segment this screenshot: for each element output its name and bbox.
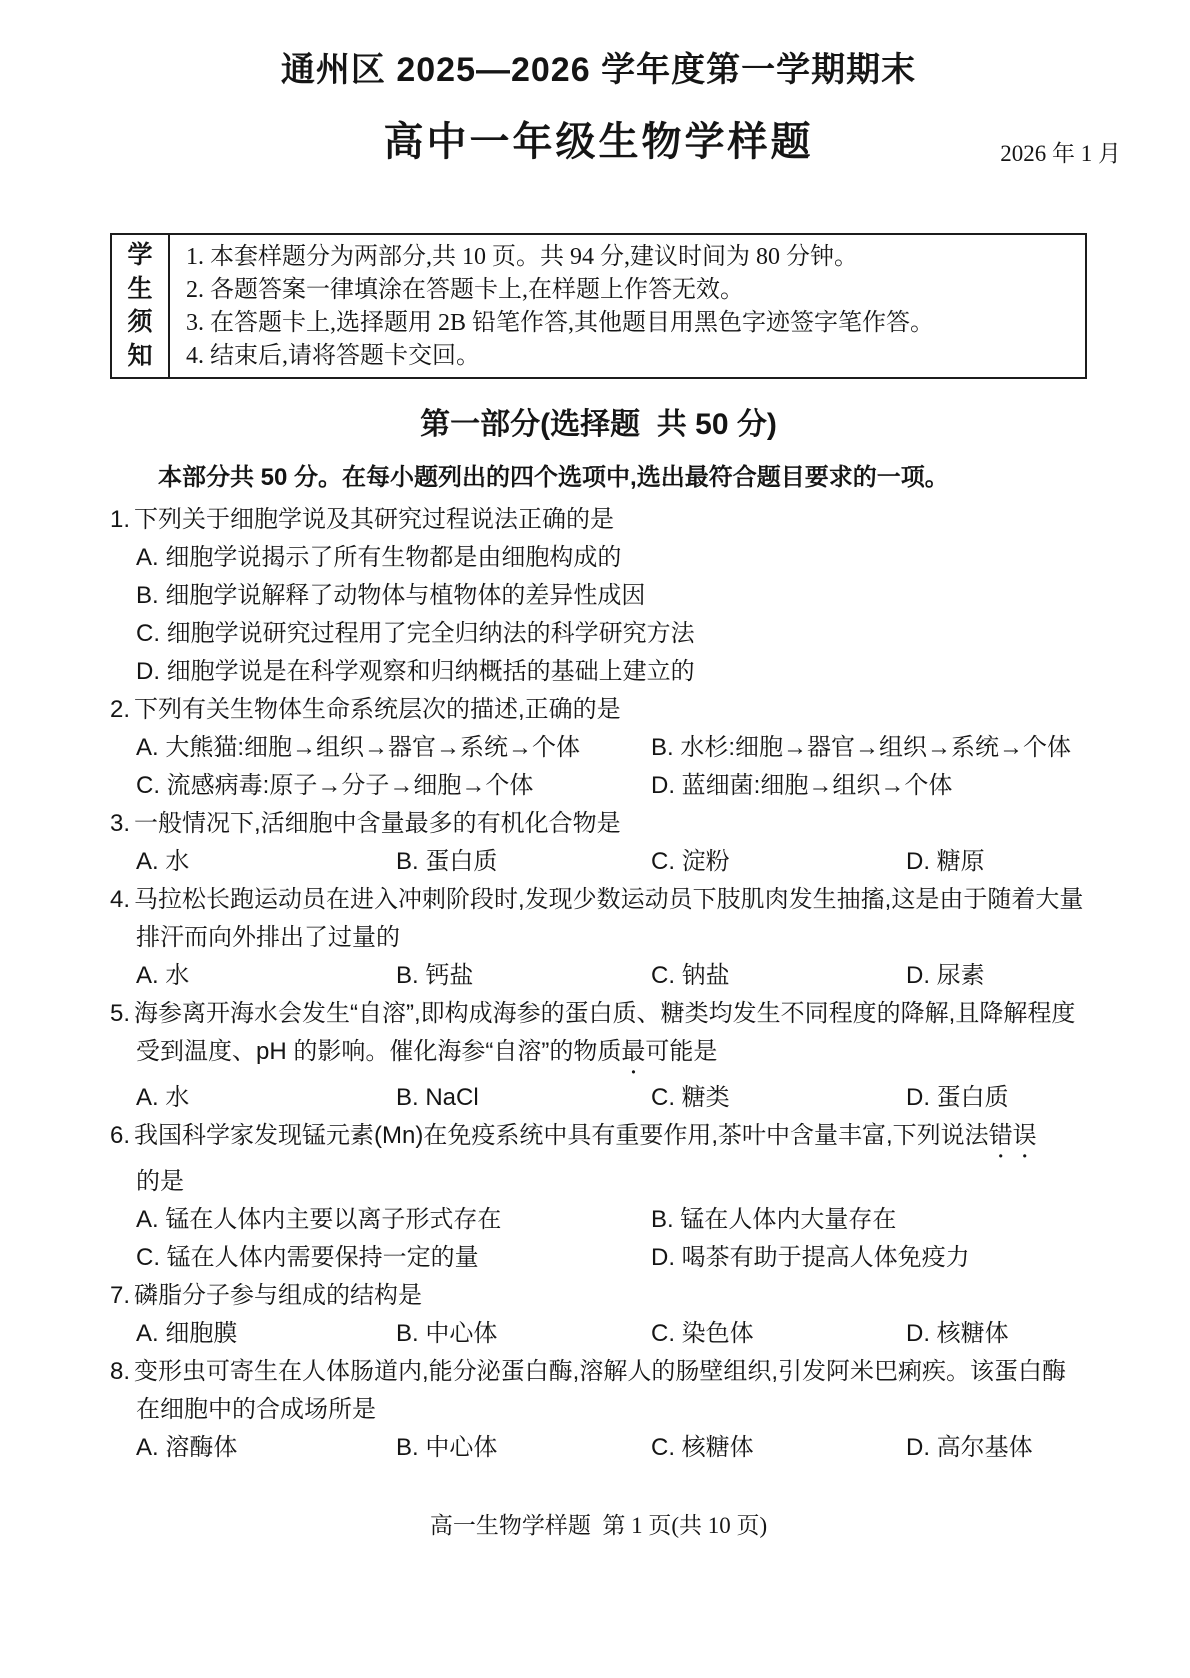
option: B. NaCl <box>396 1079 651 1117</box>
question: 3.一般情况下,活细胞中含量最多的有机化合物是A. 水B. 蛋白质C. 淀粉D.… <box>110 805 1087 881</box>
option: B. 钙盐 <box>396 957 651 995</box>
option: B. 锰在人体内大量存在 <box>651 1201 1087 1239</box>
question: 4.马拉松长跑运动员在进入冲刺阶段时,发现少数运动员下肢肌肉发生抽搐,这是由于随… <box>110 881 1087 995</box>
notice-item-1: 1. 本套样题分为两部分,共 10 页。共 94 分,建议时间为 80 分钟。 <box>186 241 1077 274</box>
question-stem-line: 2.下列有关生物体生命系统层次的描述,正确的是 <box>110 691 1087 729</box>
option: C. 淀粉 <box>651 843 906 881</box>
exam-date: 2026 年 1 月 <box>1000 142 1121 165</box>
option: B. 中心体 <box>396 1315 651 1353</box>
options-row: A. 细胞膜B. 中心体C. 染色体D. 核糖体 <box>110 1315 1087 1353</box>
option: A. 大熊猫:细胞→组织→器官→系统→个体 <box>136 729 651 767</box>
option: A. 水 <box>136 957 396 995</box>
exam-page: 通州区 2025—2026 学年度第一学期期末 高中一年级生物学样题 2026 … <box>0 0 1190 1678</box>
option: B. 细胞学说解释了动物体与植物体的差异性成因 <box>136 577 1087 615</box>
options-row: A. 大熊猫:细胞→组织→器官→系统→个体B. 水杉:细胞→器官→组织→系统→个… <box>110 729 1087 805</box>
question-number: 8. <box>110 1353 130 1391</box>
question: 7.磷脂分子参与组成的结构是A. 细胞膜B. 中心体C. 染色体D. 核糖体 <box>110 1277 1087 1353</box>
option: A. 细胞膜 <box>136 1315 396 1353</box>
option: D. 蛋白质 <box>906 1079 1087 1117</box>
question-number: 3. <box>110 805 130 843</box>
options-row: A. 细胞学说揭示了所有生物都是由细胞构成的B. 细胞学说解释了动物体与植物体的… <box>110 539 1087 691</box>
section-instruction: 本部分共 50 分。在每小题列出的四个选项中,选出最符合题目要求的一项。 <box>110 461 1087 495</box>
options-row: A. 溶酶体B. 中心体C. 核糖体D. 高尔基体 <box>110 1429 1087 1467</box>
emphasized-text: 最 <box>621 1038 645 1065</box>
option: C. 核糖体 <box>651 1429 906 1467</box>
question-stem-line: 3.一般情况下,活细胞中含量最多的有机化合物是 <box>110 805 1087 843</box>
option: A. 水 <box>136 843 396 881</box>
option: D. 尿素 <box>906 957 1087 995</box>
option: D. 高尔基体 <box>906 1429 1087 1467</box>
option: D. 喝茶有助于提高人体免疫力 <box>651 1239 1087 1277</box>
option: A. 锰在人体内主要以离子形式存在 <box>136 1201 651 1239</box>
notice-item-3: 3. 在答题卡上,选择题用 2B 铅笔作答,其他题目用黑色字迹签字笔作答。 <box>186 307 1077 340</box>
question-stem-line: 受到温度、pH 的影响。催化海参“自溶”的物质最可能是 <box>110 1033 1087 1079</box>
question: 2.下列有关生物体生命系统层次的描述,正确的是A. 大熊猫:细胞→组织→器官→系… <box>110 691 1087 805</box>
question-stem-line: 的是 <box>110 1163 1087 1201</box>
option: A. 细胞学说揭示了所有生物都是由细胞构成的 <box>136 539 1087 577</box>
question: 1.下列关于细胞学说及其研究过程说法正确的是A. 细胞学说揭示了所有生物都是由细… <box>110 501 1087 691</box>
option: C. 钠盐 <box>651 957 906 995</box>
option: D. 核糖体 <box>906 1315 1087 1353</box>
question-number: 4. <box>110 881 130 919</box>
page-footer: 高一生物学样题 第 1 页(共 10 页) <box>110 1511 1087 1541</box>
student-notice-label-text: 学生须知 <box>127 239 153 373</box>
option: C. 糖类 <box>651 1079 906 1117</box>
question-stem-line: 7.磷脂分子参与组成的结构是 <box>110 1277 1087 1315</box>
option: C. 锰在人体内需要保持一定的量 <box>136 1239 651 1277</box>
exam-subtitle: 高中一年级生物学样题 <box>110 115 1087 169</box>
question-number: 6. <box>110 1117 130 1155</box>
question-stem-line: 6.我国科学家发现锰元素(Mn)在免疫系统中具有重要作用,茶叶中含量丰富,下列说… <box>110 1117 1087 1163</box>
section-heading: 第一部分(选择题 共 50 分) <box>110 405 1087 445</box>
question-stem-line: 5.海参离开海水会发生“自溶”,即构成海参的蛋白质、糖类均发生不同程度的降解,且… <box>110 995 1087 1033</box>
question-stem-line: 1.下列关于细胞学说及其研究过程说法正确的是 <box>110 501 1087 539</box>
question-stem-line: 4.马拉松长跑运动员在进入冲刺阶段时,发现少数运动员下肢肌肉发生抽搐,这是由于随… <box>110 881 1087 919</box>
option: B. 蛋白质 <box>396 843 651 881</box>
question-list: 1.下列关于细胞学说及其研究过程说法正确的是A. 细胞学说揭示了所有生物都是由细… <box>110 501 1087 1467</box>
question: 5.海参离开海水会发生“自溶”,即构成海参的蛋白质、糖类均发生不同程度的降解,且… <box>110 995 1087 1117</box>
page-content: 通州区 2025—2026 学年度第一学期期末 高中一年级生物学样题 2026 … <box>110 0 1087 1541</box>
option: A. 水 <box>136 1079 396 1117</box>
exam-subtitle-row: 高中一年级生物学样题 2026 年 1 月 <box>110 115 1087 169</box>
question-number: 1. <box>110 501 130 539</box>
option: D. 蓝细菌:细胞→组织→个体 <box>651 767 1087 805</box>
options-row: A. 锰在人体内主要以离子形式存在B. 锰在人体内大量存在C. 锰在人体内需要保… <box>110 1201 1087 1277</box>
question-number: 7. <box>110 1277 130 1315</box>
exam-title: 通州区 2025—2026 学年度第一学期期末 <box>110 49 1087 91</box>
student-notice-items: 1. 本套样题分为两部分,共 10 页。共 94 分,建议时间为 80 分钟。 … <box>170 235 1085 377</box>
options-row: A. 水B. 钙盐C. 钠盐D. 尿素 <box>110 957 1087 995</box>
notice-item-2: 2. 各题答案一律填涂在答题卡上,在样题上作答无效。 <box>186 274 1077 307</box>
question-number: 2. <box>110 691 130 729</box>
question-stem-line: 排汗而向外排出了过量的 <box>110 919 1087 957</box>
option: B. 中心体 <box>396 1429 651 1467</box>
option: D. 糖原 <box>906 843 1087 881</box>
option: D. 细胞学说是在科学观察和归纳概括的基础上建立的 <box>136 653 1087 691</box>
option: C. 染色体 <box>651 1315 906 1353</box>
notice-item-4: 4. 结束后,请将答题卡交回。 <box>186 340 1077 373</box>
student-notice-label: 学生须知 <box>112 235 170 377</box>
option: C. 细胞学说研究过程用了完全归纳法的科学研究方法 <box>136 615 1087 653</box>
option: C. 流感病毒:原子→分子→细胞→个体 <box>136 767 651 805</box>
question: 6.我国科学家发现锰元素(Mn)在免疫系统中具有重要作用,茶叶中含量丰富,下列说… <box>110 1117 1087 1277</box>
option: B. 水杉:细胞→器官→组织→系统→个体 <box>651 729 1087 767</box>
option: A. 溶酶体 <box>136 1429 396 1467</box>
options-row: A. 水B. 蛋白质C. 淀粉D. 糖原 <box>110 843 1087 881</box>
emphasized-text: 错误 <box>989 1122 1037 1149</box>
student-notice-box: 学生须知 1. 本套样题分为两部分,共 10 页。共 94 分,建议时间为 80… <box>110 233 1087 379</box>
options-row: A. 水B. NaClC. 糖类D. 蛋白质 <box>110 1079 1087 1117</box>
question: 8.变形虫可寄生在人体肠道内,能分泌蛋白酶,溶解人的肠壁组织,引发阿米巴痢疾。该… <box>110 1353 1087 1467</box>
question-stem-line: 在细胞中的合成场所是 <box>110 1391 1087 1429</box>
question-number: 5. <box>110 995 130 1033</box>
question-stem-line: 8.变形虫可寄生在人体肠道内,能分泌蛋白酶,溶解人的肠壁组织,引发阿米巴痢疾。该… <box>110 1353 1087 1391</box>
